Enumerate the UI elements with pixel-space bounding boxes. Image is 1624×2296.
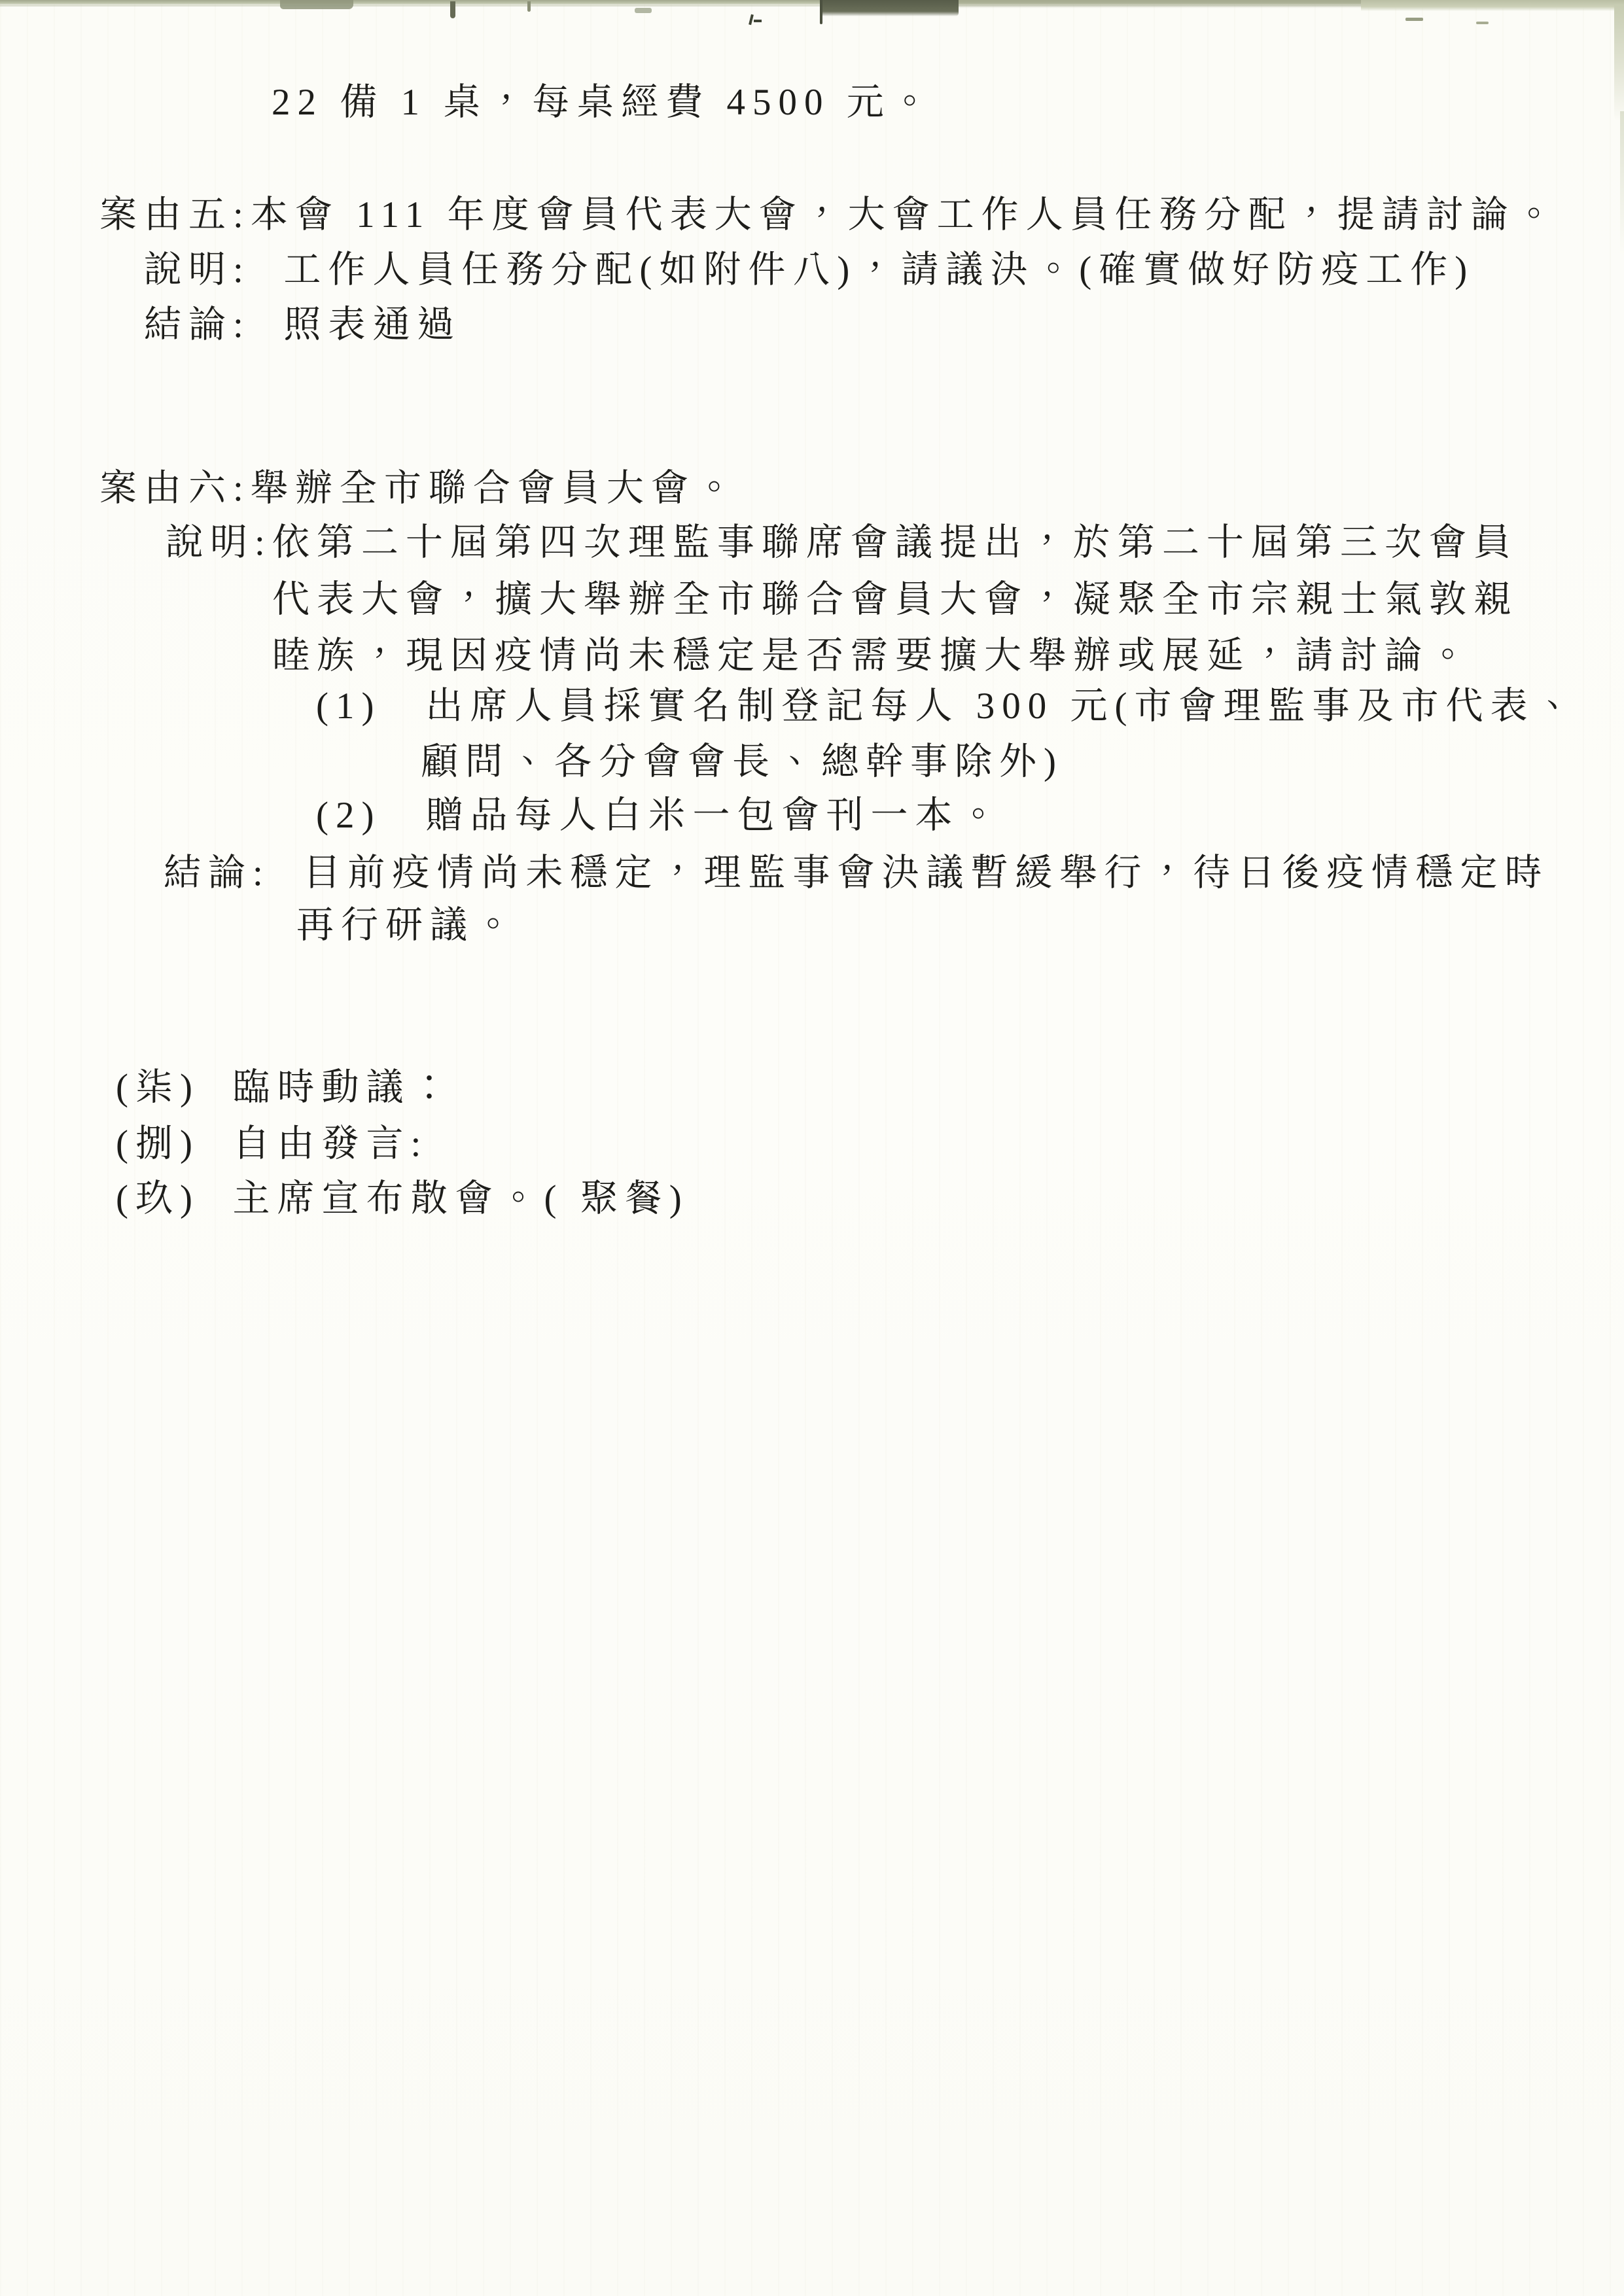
text-line-case6-item1-line2: 顧問、各分會會長、總幹事除外) bbox=[421, 740, 1063, 784]
text-line-case6-title: 案由六:舉辦全市聯合會員大會。 bbox=[99, 467, 740, 510]
text-line-case6-explanation-1: 說明:依第二十屆第四次理監事聯席會議提出，於第二十屆第三次會員 bbox=[166, 521, 1518, 565]
text-line-case6-conclusion-1: 結論: 目前疫情尚未穩定，理監事會決議暫緩舉行，待日後疫情穩定時 bbox=[164, 852, 1549, 895]
text-line-case5-title: 案由五:本會 111 年度會員代表大會，大會工作人員任務分配，提請討論。 bbox=[99, 194, 1560, 237]
text-line-case6-item2: (2) 贈品每人白米一包會刊一本。 bbox=[316, 794, 1004, 837]
text-line-case5-explanation: 說明: 工作人員任務分配(如附件八)，請議決。(確實做好防疫工作) bbox=[144, 249, 1474, 292]
scan-speck bbox=[749, 14, 754, 25]
text-line-section8-free-speech: (捌) 自由發言: bbox=[116, 1122, 428, 1166]
text-line-section9-adjournment: (玖) 主席宣布散會。( 聚餐) bbox=[116, 1177, 689, 1221]
text-line-banquet-budget: 22 備 1 桌，每桌經費 4500 元。 bbox=[272, 81, 936, 124]
scan-speck bbox=[450, 1, 455, 18]
text-line-case5-conclusion: 結論: 照表通過 bbox=[144, 304, 461, 347]
scan-edge-artifact-left-blob bbox=[280, 0, 353, 9]
scan-speck bbox=[527, 1, 531, 12]
scan-edge-artifact-dark-edge bbox=[820, 0, 822, 24]
text-line-case6-explanation-2: 代表大會，擴大舉辦全市聯合會員大會，凝聚全市宗親士氣敦親 bbox=[272, 578, 1518, 621]
scan-speck bbox=[635, 8, 652, 13]
text-line-case6-item1-line1: (1) 出席人員採實名制登記每人 300 元(市會理監事及市代表、 bbox=[316, 685, 1579, 728]
scan-speck bbox=[1405, 18, 1423, 21]
scan-speck bbox=[754, 20, 762, 22]
text-line-case6-explanation-3: 睦族，現因疫情尚未穩定是否需要擴大舉辦或展延，請討論。 bbox=[272, 635, 1474, 678]
scan-edge-artifact-mid-band bbox=[959, 0, 1361, 9]
scan-edge-artifact-right-band bbox=[1361, 0, 1624, 11]
scan-edge-artifact-right-margin bbox=[1614, 4, 1624, 122]
scan-edge-artifact-dark-band bbox=[820, 0, 959, 16]
text-line-section7-motions: (柒) 臨時動議： bbox=[116, 1066, 455, 1109]
scan-speck bbox=[1476, 22, 1489, 24]
scan-edge-artifact-right-margin-tail bbox=[1620, 111, 1624, 255]
text-line-case6-conclusion-2: 再行研議。 bbox=[296, 904, 519, 947]
scanned-document-page: 22 備 1 桌，每桌經費 4500 元。 案由五:本會 111 年度會員代表大… bbox=[0, 0, 1624, 2296]
